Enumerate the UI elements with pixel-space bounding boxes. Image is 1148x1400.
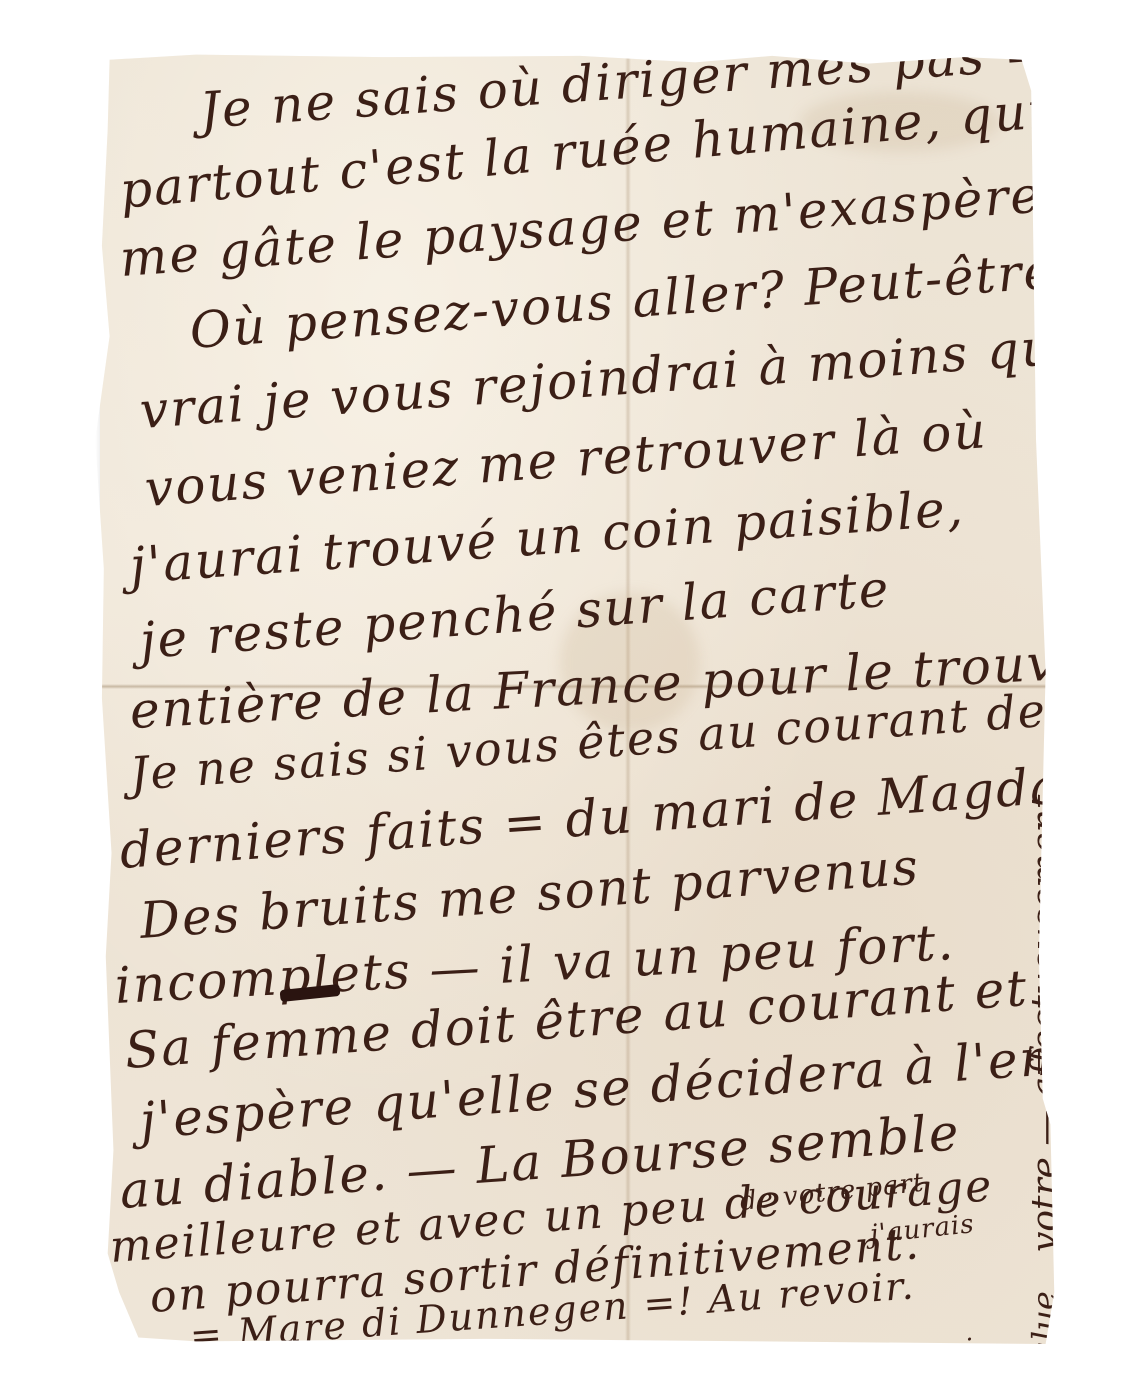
letter-paper: Je ne sais où diriger mes pas = partout … <box>100 52 1060 1344</box>
right-margin-bottom-note: Salue <box>1025 1291 1063 1382</box>
closing-small: écrivez-moi <box>799 1332 975 1377</box>
right-margin-vertical-note: votre — affectueusement <box>1025 795 1066 1252</box>
